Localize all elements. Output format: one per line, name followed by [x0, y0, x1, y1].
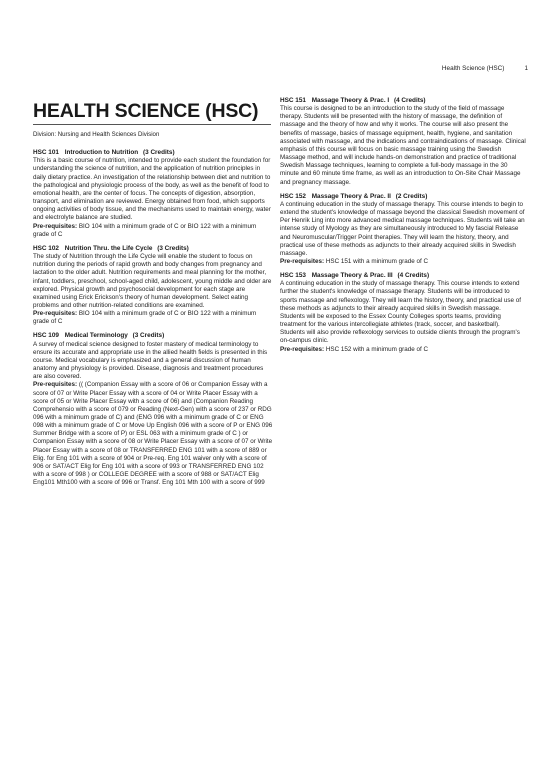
page-number: 1: [524, 65, 528, 72]
prereq-label: Pre-requisites:: [33, 310, 77, 317]
course-prerequisites: Pre-requisites: (( (Companion Essay with…: [33, 381, 273, 487]
course-title: HSC 152 Massage Theory & Prac. II (2 Cre…: [280, 193, 526, 201]
course-code: HSC 153: [280, 272, 306, 279]
course-credits: (4 Credits): [394, 97, 426, 104]
course-name: Massage Theory & Prac. II: [312, 193, 391, 200]
right-column: HSC 151 Massage Theory & Prac. I (4 Cred…: [280, 97, 526, 360]
running-header: Health Science (HSC) 1: [442, 65, 528, 72]
prereq-label: Pre-requisites:: [280, 258, 324, 265]
course-description: A continuing education in the study of m…: [280, 201, 526, 258]
course-prerequisites: Pre-requisites: BIO 104 with a minimum g…: [33, 310, 273, 326]
prereq-text: HSC 152 with a minimum grade of C: [326, 346, 428, 353]
course-name: Medical Terminology: [65, 332, 128, 339]
course-hsc-151: HSC 151 Massage Theory & Prac. I (4 Cred…: [280, 97, 526, 187]
course-description: This is a basic course of nutrition, int…: [33, 157, 273, 222]
prereq-label: Pre-requisites:: [280, 346, 324, 353]
prereq-label: Pre-requisites:: [33, 381, 77, 388]
course-title: HSC 102 Nutrition Thru. the Life Cycle (…: [33, 245, 273, 253]
course-prerequisites: Pre-requisites: HSC 152 with a minimum g…: [280, 346, 526, 354]
course-hsc-102: HSC 102 Nutrition Thru. the Life Cycle (…: [33, 245, 273, 327]
course-hsc-109: HSC 109 Medical Terminology (3 Credits) …: [33, 332, 273, 487]
course-title: HSC 101 Introduction to Nutrition (3 Cre…: [33, 149, 273, 157]
course-title: HSC 109 Medical Terminology (3 Credits): [33, 332, 273, 340]
course-name: Massage Theory & Prac. III: [312, 272, 393, 279]
course-hsc-101: HSC 101 Introduction to Nutrition (3 Cre…: [33, 149, 273, 239]
course-code: HSC 102: [33, 245, 59, 252]
course-description: A survey of medical science designed to …: [33, 341, 273, 382]
course-credits: (4 Credits): [397, 272, 429, 279]
course-title: HSC 151 Massage Theory & Prac. I (4 Cred…: [280, 97, 526, 105]
course-name: Massage Theory & Prac. I: [312, 97, 389, 104]
course-prerequisites: Pre-requisites: HSC 151 with a minimum g…: [280, 258, 526, 266]
running-title: Health Science (HSC): [442, 65, 505, 72]
course-credits: (3 Credits): [157, 245, 189, 252]
course-code: HSC 101: [33, 149, 59, 156]
course-code: HSC 151: [280, 97, 306, 104]
course-description: The study of Nutrition through the Life …: [33, 253, 273, 310]
page-title: HEALTH SCIENCE (HSC): [33, 100, 271, 125]
prereq-label: Pre-requisites:: [33, 223, 77, 230]
course-description: This course is designed to be an introdu…: [280, 105, 526, 187]
course-code: HSC 152: [280, 193, 306, 200]
prereq-text: HSC 151 with a minimum grade of C: [326, 258, 428, 265]
course-credits: (3 Credits): [143, 149, 175, 156]
course-description: A continuing education in the study of m…: [280, 280, 526, 345]
course-credits: (3 Credits): [133, 332, 165, 339]
course-hsc-152: HSC 152 Massage Theory & Prac. II (2 Cre…: [280, 193, 526, 266]
course-prerequisites: Pre-requisites: BIO 104 with a minimum g…: [33, 223, 273, 239]
course-title: HSC 153 Massage Theory & Prac. III (4 Cr…: [280, 272, 526, 280]
course-code: HSC 109: [33, 332, 59, 339]
course-name: Nutrition Thru. the Life Cycle: [65, 245, 153, 252]
course-hsc-153: HSC 153 Massage Theory & Prac. III (4 Cr…: [280, 272, 526, 354]
division-line: Division: Nursing and Health Sciences Di…: [33, 131, 273, 139]
course-credits: (2 Credits): [396, 193, 428, 200]
prereq-text: (( (Companion Essay with a score of 06 o…: [33, 381, 272, 486]
left-column: HEALTH SCIENCE (HSC) Division: Nursing a…: [33, 94, 273, 493]
course-name: Introduction to Nutrition: [65, 149, 138, 156]
